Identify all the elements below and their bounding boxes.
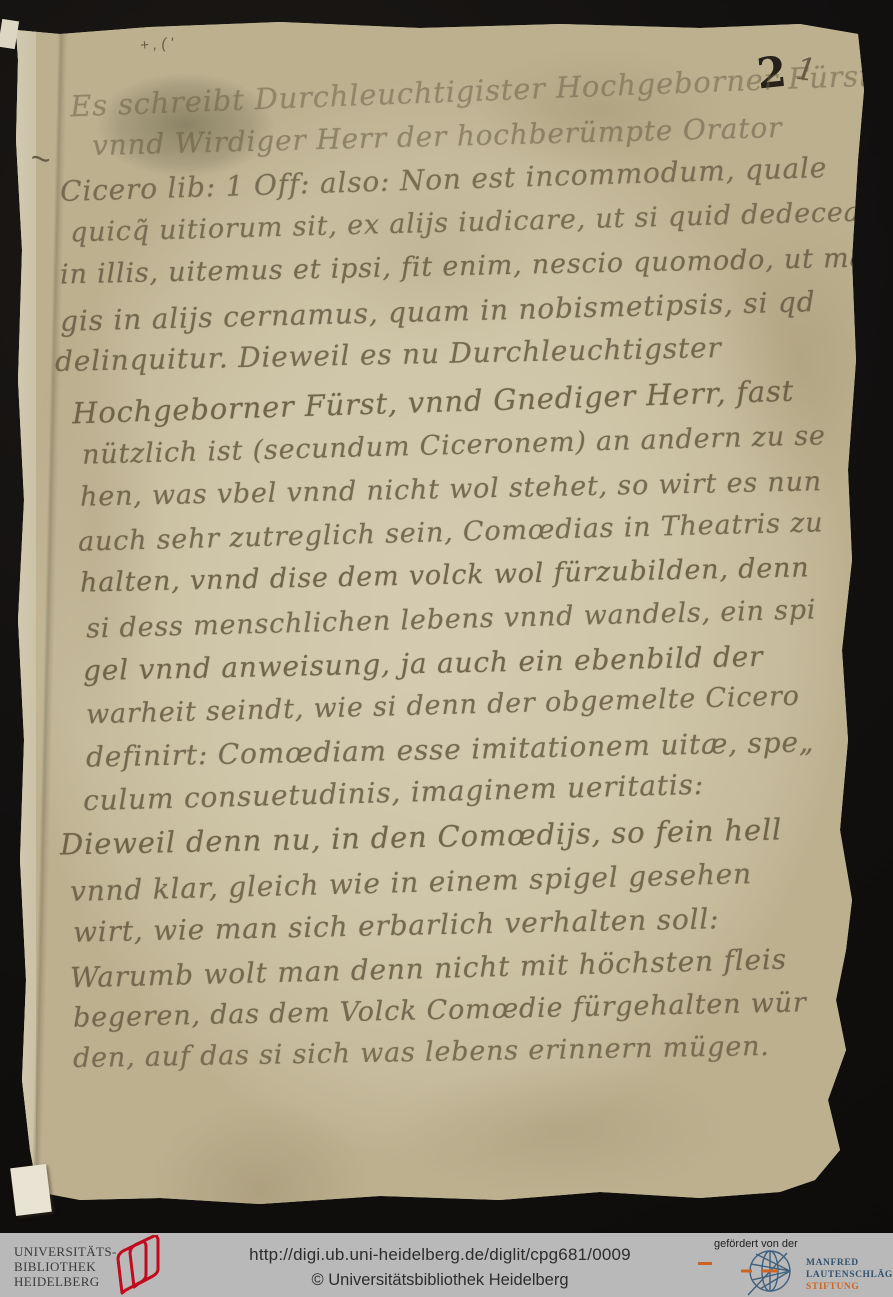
footer-bar: UNIVERSITÄTS- BIBLIOTHEK HEIDELBERG http… bbox=[0, 1233, 893, 1297]
foundation-name-line2: LAUTENSCHLÄGER bbox=[806, 1269, 893, 1281]
manuscript-line: den, auf das si sich was lebens erinnern… bbox=[73, 1031, 770, 1074]
document-url: http://digi.ub.uni-heidelberg.de/diglit/… bbox=[150, 1245, 730, 1265]
foundation-name: MANFRED LAUTENSCHLÄGER STIFTUNG bbox=[806, 1257, 893, 1293]
globe-icon bbox=[740, 1247, 802, 1297]
foundation-name-line3: STIFTUNG bbox=[806, 1281, 893, 1293]
manuscript-line: definirt: Comœdiam esse imitationem uitæ… bbox=[86, 725, 815, 773]
foundation-name-line1: MANFRED bbox=[806, 1257, 893, 1269]
handwriting-layer: Es schreibt Durchleuchtigister Hochgebor… bbox=[0, 0, 893, 1232]
underlying-page-edge-bottom bbox=[10, 1164, 52, 1216]
manuscript-line: vnnd klar, gleich wie in einem spigel ge… bbox=[70, 857, 753, 908]
manuscript-line: gis in alijs cernamus, quam in nobismeti… bbox=[60, 285, 816, 338]
manuscript-line: hen, was vbel vnnd nicht wol stehet, so … bbox=[80, 466, 822, 513]
manuscript-line: begeren, das dem Volck Comœdie fürgehalt… bbox=[73, 987, 807, 1033]
manuscript-line: delinquitur. Dieweil es nu Durchleuchtig… bbox=[55, 331, 722, 378]
orange-dash-decoration bbox=[698, 1262, 712, 1265]
underlying-page-edge-top bbox=[0, 19, 19, 49]
copyright-notice: © Universitätsbibliothek Heidelberg bbox=[150, 1271, 730, 1290]
scan-viewer-page: + , ( ' ~ 2 1 Es schreibt Durchleuchtigi… bbox=[0, 0, 893, 1297]
manuscript-line: Dieweil denn nu, in den Comœdijs, so fei… bbox=[60, 812, 783, 861]
manuscript-line: nützlich ist (secundum Ciceronem) an and… bbox=[82, 420, 826, 470]
footer-center-text: http://digi.ub.uni-heidelberg.de/diglit/… bbox=[150, 1233, 730, 1290]
manuscript-line: gel vnnd anweisung, ja auch ein ebenbild… bbox=[83, 640, 764, 687]
manuscript-line: in illis, uitemus et ipsi, fit enim, nes… bbox=[60, 243, 867, 291]
manuscript-line: culum consuetudinis, imaginem ueritatis: bbox=[83, 768, 705, 817]
manuscript-line: si dess menschlichen lebens vnnd wandels… bbox=[86, 594, 817, 644]
manuscript-line: quicq̃ uitiorum sit, ex alijs iudicare, … bbox=[70, 197, 873, 249]
manuscript-page: + , ( ' ~ 2 1 Es schreibt Durchleuchtigi… bbox=[0, 0, 893, 1232]
manuscript-line: halten, vnnd dise dem volck wol fürzubil… bbox=[80, 552, 810, 598]
manuscript-line: Hochgeborner Fürst, vnnd Gnediger Herr, … bbox=[72, 374, 795, 431]
manuscript-line: warheit seindt, wie si denn der obgemelt… bbox=[86, 681, 800, 731]
manuscript-line: Warumb wolt man denn nicht mit höchsten … bbox=[70, 943, 787, 995]
manuscript-line: wirt, wie man sich erbarlich verhalten s… bbox=[73, 902, 720, 949]
manuscript-line: auch sehr zutreglich sein, Comœdias in T… bbox=[78, 507, 824, 558]
manuscript-line: vnnd Wirdiger Herr der hochberümpte Orat… bbox=[92, 111, 783, 162]
